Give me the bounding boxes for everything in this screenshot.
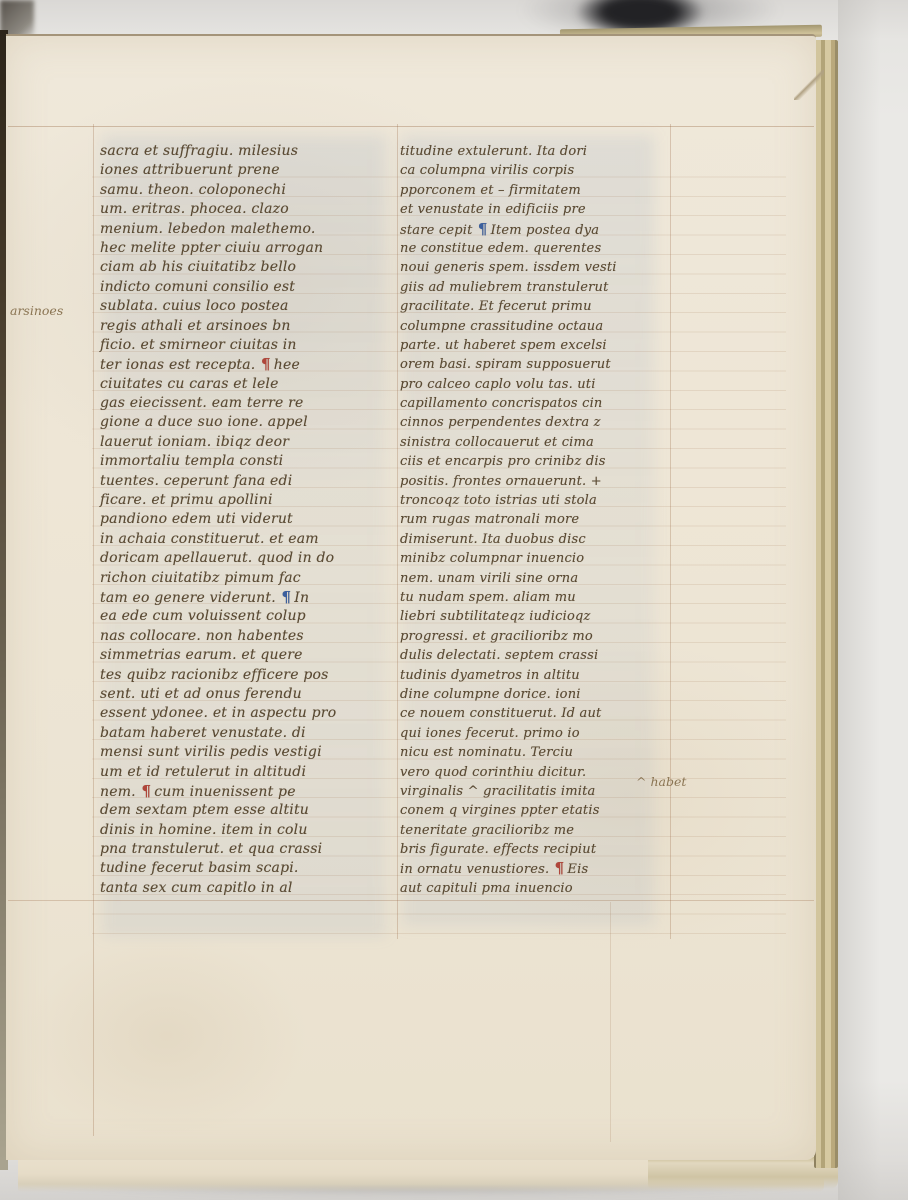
page-stack-bottom-corner	[648, 1157, 838, 1189]
manuscript-page: sacra et suffragiu. milesiusiones attrib…	[6, 34, 816, 1160]
text-line: gas eiecissent. eam terre re	[100, 394, 388, 413]
text-line: tudinis dyametros in altitu	[400, 666, 656, 685]
text-line: ficio. et smirneor ciuitas in	[100, 336, 388, 355]
text-line: sent. uti et ad onus ferendu	[100, 685, 388, 704]
ruling-vertical-right	[670, 124, 671, 939]
text-line: in ornatu venustiores. ¶Eis	[400, 859, 656, 878]
text-line: teneritate gracilioribz me	[400, 821, 656, 840]
text-line: tanta sex cum capitlo in al	[100, 879, 388, 898]
text-line: pporconem et – firmitatem	[400, 181, 656, 200]
text-line: ficare. et primu apollini	[100, 491, 388, 510]
text-line: ter ionas est recepta. ¶hee	[100, 355, 388, 374]
text-line: richon ciuitatibz pimum fac	[100, 569, 388, 588]
text-line: dem sextam ptem esse altitu	[100, 801, 388, 820]
text-line: qui iones fecerut. primo io	[400, 724, 656, 743]
margin-note-habet: ^ habet	[636, 774, 686, 789]
text-line: stare cepit ¶Item postea dya	[400, 220, 656, 239]
text-column-left: sacra et suffragiu. milesiusiones attrib…	[100, 142, 388, 898]
text-line: liebri subtilitateqz iudicioqz	[400, 607, 656, 626]
text-line: tes quibz racionibz efficere pos	[100, 666, 388, 685]
text-line: batam haberet venustate. di	[100, 724, 388, 743]
text-line: tudine fecerut basim scapi.	[100, 859, 388, 878]
text-line: tam eo genere viderunt. ¶In	[100, 588, 388, 607]
text-line: conem q virgines ppter etatis	[400, 801, 656, 820]
red-paragraph-mark: ¶	[141, 782, 151, 800]
text-line: columpne crassitudine octaua	[400, 317, 656, 336]
text-line: bris figurate. effects recipiut	[400, 840, 656, 859]
text-line: immortaliu templa consti	[100, 452, 388, 471]
text-line: regis athali et arsinoes bn	[100, 317, 388, 336]
text-line: mensi sunt virilis pedis vestigi	[100, 743, 388, 762]
blue-paragraph-mark: ¶	[282, 588, 292, 606]
text-line: rum rugas matronali more	[400, 510, 656, 529]
text-line: dinis in homine. item in colu	[100, 821, 388, 840]
text-line: gione a duce suo ione. appel	[100, 413, 388, 432]
text-line: orem basi. spiram supposuerut	[400, 355, 656, 374]
text-line: nem. unam virili sine orna	[400, 569, 656, 588]
text-line: sacra et suffragiu. milesius	[100, 142, 388, 161]
text-line: ce nouem constituerut. Id aut	[400, 704, 656, 723]
text-line: hec melite ppter ciuiu arrogan	[100, 239, 388, 258]
text-line: ciuitates cu caras et lele	[100, 375, 388, 394]
text-line: vero quod corinthiu dicitur.	[400, 763, 656, 782]
text-line: um et id retulerut in altitudi	[100, 763, 388, 782]
ruling-horizontal-bottom	[8, 900, 814, 901]
text-line: tuentes. ceperunt fana edi	[100, 472, 388, 491]
text-line: essent ydonee. et in aspectu pro	[100, 704, 388, 723]
text-line: giis ad muliebrem transtulerut	[400, 278, 656, 297]
text-line: dulis delectati. septem crassi	[400, 646, 656, 665]
text-line: noui generis spem. issdem vesti	[400, 258, 656, 277]
text-line: et venustate in edificiis pre	[400, 200, 656, 219]
text-line: samu. theon. coloponechi	[100, 181, 388, 200]
text-line: aut capituli pma inuencio	[400, 879, 656, 898]
text-line: ciis et encarpis pro crinibz dis	[400, 452, 656, 471]
text-line: tu nudam spem. aliam mu	[400, 588, 656, 607]
text-line: nas collocare. non habentes	[100, 627, 388, 646]
page-stack-fore-edge	[814, 40, 838, 1168]
text-line: sinistra collocauerut et cima	[400, 433, 656, 452]
ruling-vertical-left	[93, 124, 94, 1136]
text-line: capillamento concrispatos cin	[400, 394, 656, 413]
margin-note-arsinoes: arsinoes	[10, 303, 63, 318]
text-line: dimiserunt. Ita duobus disc	[400, 530, 656, 549]
text-line: gracilitate. Et fecerut primu	[400, 297, 656, 316]
text-line: troncoqz toto istrias uti stola	[400, 491, 656, 510]
text-line: dine columpne dorice. ioni	[400, 685, 656, 704]
text-line: virginalis ^ gracilitatis imita	[400, 782, 656, 801]
photograph: sacra et suffragiu. milesiusiones attrib…	[0, 0, 908, 1200]
text-line: parte. ut haberet spem excelsi	[400, 336, 656, 355]
text-line: pro calceo caplo volu tas. uti	[400, 375, 656, 394]
text-line: menium. lebedon malethemo.	[100, 220, 388, 239]
text-line: ea ede cum voluissent colup	[100, 607, 388, 626]
text-line: pna transtulerut. et qua crassi	[100, 840, 388, 859]
text-line: minibz columpnar inuencio	[400, 549, 656, 568]
text-line: titudine extulerunt. Ita dori	[400, 142, 656, 161]
text-line: sublata. cuius loco postea	[100, 297, 388, 316]
red-paragraph-mark: ¶	[555, 859, 565, 877]
text-line: ca columpna virilis corpis	[400, 161, 656, 180]
blue-paragraph-mark: ¶	[478, 220, 488, 238]
ruling-vertical-center	[397, 124, 398, 939]
text-line: ne constitue edem. querentes	[400, 239, 656, 258]
page-corner-bevel	[794, 70, 824, 100]
text-line: simmetrias earum. et quere	[100, 646, 388, 665]
text-line: pandiono edem uti viderut	[100, 510, 388, 529]
text-line: lauerut ioniam. ibiqz deor	[100, 433, 388, 452]
text-column-right: titudine extulerunt. Ita dorica columpna…	[400, 142, 656, 898]
text-line: doricam apellauerut. quod in do	[100, 549, 388, 568]
text-line: um. eritras. phocea. clazo	[100, 200, 388, 219]
red-paragraph-mark: ¶	[261, 355, 271, 373]
ruling-horizontal-top	[8, 126, 814, 127]
text-line: nem. ¶cum inuenissent pe	[100, 782, 388, 801]
text-line: ciam ab his ciuitatibz bello	[100, 258, 388, 277]
text-line: nicu est nominatu. Terciu	[400, 743, 656, 762]
text-line: progressi. et gracilioribz mo	[400, 627, 656, 646]
ruling-vertical-lower	[610, 902, 611, 1142]
backdrop-shadow-right	[838, 0, 908, 1200]
text-line: positis. frontes ornauerunt. +	[400, 472, 656, 491]
text-line: indicto comuni consilio est	[100, 278, 388, 297]
text-line: iones attribuerunt prene	[100, 161, 388, 180]
text-line: in achaia constituerut. et eam	[100, 530, 388, 549]
text-line: cinnos perpendentes dextra z	[400, 413, 656, 432]
